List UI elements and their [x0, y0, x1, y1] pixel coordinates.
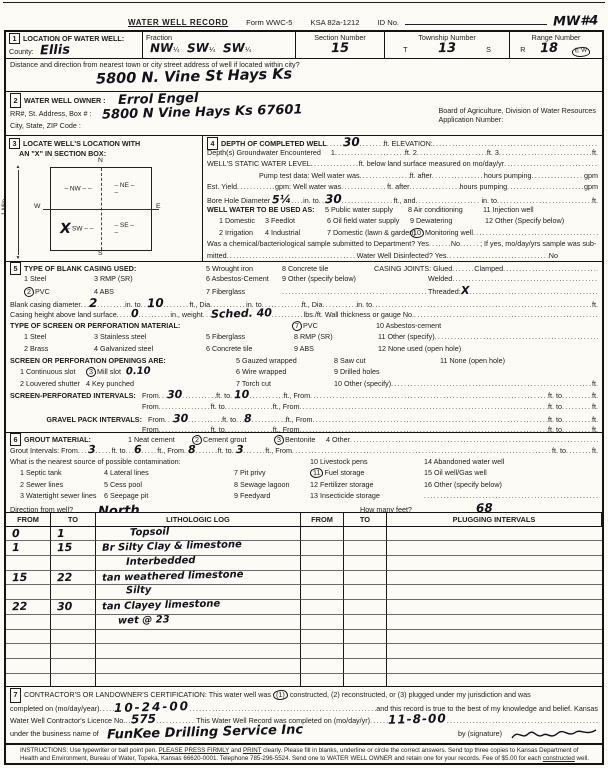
section1-number: 1 [9, 33, 20, 44]
opening-option-5: 5 Gauzed wrapped [236, 355, 334, 367]
grout-title: GROUT MATERIAL: [24, 435, 91, 444]
table-cell-litho [96, 630, 301, 645]
section3-4-row: 3LOCATE WELL'S LOCATION WITH AN "X" IN S… [6, 136, 602, 262]
distance-value: 5800 N. Vine St Hays Ks [96, 68, 292, 88]
quadrant-horizontal-line [43, 209, 159, 210]
table-cell-to [51, 556, 96, 571]
opening-option-1: 1 Continuous slot [20, 366, 86, 378]
id-value-handwritten: MW#4 [552, 14, 598, 28]
litho-from-value: 1 [12, 542, 20, 553]
section7-certification: 7 CONTRACTOR'S OR LANDOWNER'S CERTIFICAT… [6, 687, 602, 743]
use-option-7: 7 Domestic (lawn & garden) [327, 227, 410, 238]
signature-scribble [510, 727, 598, 742]
section6-number: 6 [10, 433, 21, 447]
unit-label: hours pumping [460, 181, 508, 192]
opening-option-3-circled: 3 [86, 367, 97, 378]
casing-option-1: 1 Steel [24, 273, 94, 285]
col-header-to: TO [51, 513, 96, 527]
table-cell-litho: Silty [96, 585, 301, 600]
use-option-8: 8 Air conditioning [408, 204, 483, 215]
litho-to-value: 30 [57, 601, 73, 612]
section3-title-line1: LOCATE WELL'S LOCATION WITH [23, 139, 140, 148]
use-option-3: 3 Feedlot [265, 215, 327, 226]
table-cell-litho: Br Silty Clay & limestone [96, 541, 301, 556]
opening-option-4: 4 Key punched [86, 378, 236, 390]
table-cell-from: 1 [6, 541, 51, 556]
instructions-press-firmly: PLEASE PRESS FIRMLY [159, 747, 230, 754]
record-date-value: 11-8-00 [388, 713, 447, 727]
use-option-10-circled: 10 [410, 227, 425, 238]
feet-value: 68 [476, 502, 493, 513]
table-cell-litho: Topsoil [96, 527, 301, 542]
static-level-label: WELL'S STATIC WATER LEVEL [207, 158, 311, 169]
table-cell-plugging [387, 674, 602, 688]
grout-interval-1-from: 3 [88, 444, 96, 455]
table-cell-plug-to [344, 600, 387, 615]
threaded-check: X [461, 285, 470, 296]
casing-option-9: 9 Other (specify below) [282, 273, 428, 285]
gravel-interval-from: 30 [173, 412, 189, 423]
opening-option-10: 10 Other (specify) [334, 378, 391, 390]
screen-option-7-label: PVC [303, 321, 318, 330]
gw-2: ft. 2 [405, 147, 417, 158]
well-location-x-mark: X [60, 221, 71, 235]
contam-option-7: 7 Pit privy [234, 467, 310, 479]
litho-to-value: 1 [57, 528, 65, 539]
fraction-q3: SW [223, 42, 245, 55]
id-label: ID No. [378, 18, 400, 27]
table-cell-plugging [387, 556, 602, 571]
form-title: WATER WELL RECORD [128, 18, 228, 27]
table-cell-to: 1 [51, 527, 96, 542]
licence-number-value: 575 [131, 713, 156, 726]
table-cell-from [6, 630, 51, 645]
contam-option-6: 6 Seepage pit [104, 490, 234, 502]
table-cell-plugging [387, 541, 602, 556]
instructions-text: INSTRUCTIONS: Use typewriter or ball poi… [20, 747, 159, 754]
table-cell-plugging [387, 527, 602, 542]
gravel-interval-to: 8 [244, 413, 252, 424]
table-cell-to: 22 [51, 571, 96, 586]
unit-label: ft. to [211, 424, 225, 432]
section3-title-line2: AN "X" IN SECTION BOX: [9, 149, 199, 158]
contam-option-14: 14 Abandoned water well [424, 456, 504, 468]
range-direction-circled: E W [572, 47, 591, 57]
opening-option-8: 8 Saw cut [334, 355, 440, 367]
form-body: 1LOCATION OF WATER WELL: County: Ellis F… [4, 30, 604, 765]
litho-from-value: 22 [12, 601, 28, 612]
unit-label: ft. to [548, 401, 562, 413]
county-value: Ellis [40, 44, 70, 58]
table-cell-plug-from [301, 615, 344, 630]
table-cell-to [51, 674, 96, 688]
table-cell-from [6, 644, 51, 659]
threaded-label: Threaded: [428, 286, 461, 298]
litho-description: tan Clayey limestone [102, 600, 220, 613]
owner-name-value: Errol Engel [117, 92, 198, 107]
table-cell-plug-from [301, 585, 344, 600]
mill-slot-size-value: 0.10 [126, 367, 151, 378]
table-cell-plug-from [301, 600, 344, 615]
litho-to-value: 15 [57, 542, 73, 553]
contam-option-15: 15 Oil well/Gas well [424, 467, 487, 479]
table-cell-litho: Interbedded [96, 556, 301, 571]
table-cell-plug-from [301, 571, 344, 586]
from-label: From [142, 401, 159, 413]
table-cell-from: 0 [6, 527, 51, 542]
use-option-9: 9 Dewatering [410, 215, 485, 226]
screen-option-10: 10 Asbestos-cement [376, 320, 441, 332]
compass-west: W [34, 203, 40, 210]
welded-label: Welded [428, 273, 452, 285]
litho-description: Interbedded [126, 556, 196, 568]
county-cell: 1LOCATION OF WATER WELL: County: Ellis [6, 32, 142, 58]
litho-from-value: 0 [12, 528, 20, 539]
by-signature-label: by (signature) [458, 726, 502, 741]
casing-diameter-value: 2 [89, 297, 98, 309]
table-cell-to: 30 [51, 600, 96, 615]
use-option-11: 11 Injection well [483, 204, 534, 215]
table-cell-plug-to [344, 630, 387, 645]
table-cell-to [51, 644, 96, 659]
one-mile-arrow [18, 170, 19, 255]
contam-option-11-circled: 11 [310, 468, 324, 479]
section7-number: 7 [10, 688, 21, 703]
litho-from-value: 15 [12, 572, 28, 583]
grout-interval-1-to: 6 [133, 444, 141, 455]
contam-option-4: 4 Lateral lines [104, 467, 234, 479]
form-number: Form WWC-5 [246, 18, 292, 27]
sample-question: Was a chemical/bacteriological sample su… [207, 238, 429, 249]
completed-on-label: completed on (mo/day/year) [10, 703, 100, 716]
casing-option-2-circled: 2 [24, 287, 35, 298]
pump-test-label: Pump test data: Well water was [259, 170, 360, 181]
litho-description: wet @ 23 [118, 615, 170, 626]
screen-interval-from: 30 [167, 389, 183, 400]
fraction-q2: SW [187, 42, 209, 55]
section-box-diagram: 1 Mile N S W E NW NE SW SE X [6, 158, 202, 261]
use-option-10-label: Monitoring well [425, 228, 473, 237]
table-cell-litho: wet @ 23 [96, 615, 301, 630]
unit-label: ft. to [552, 445, 566, 457]
county-label: County: [9, 47, 34, 56]
table-cell-plug-to [344, 527, 387, 542]
bore-diameter-value: 5¼ [272, 193, 291, 204]
screen-option-2: 2 Brass [24, 343, 94, 355]
lithologic-table: FROM TO LITHOLOGIC LOG FROM TO PLUGGING … [6, 513, 602, 688]
table-cell-plug-from [301, 556, 344, 571]
from-label: From [142, 424, 159, 432]
opening-option-7: 7 Torch cut [236, 378, 334, 390]
screen-intervals-label: SCREEN-PERFORATED INTERVALS: [10, 390, 142, 402]
section1-title: LOCATION OF WATER WELL: [23, 34, 124, 43]
table-cell-to [51, 585, 96, 600]
opening-option-11: 11 None (open hole) [440, 355, 505, 367]
screen-option-8: 8 RMP (SR) [294, 331, 378, 343]
table-cell-to [51, 615, 96, 630]
table-cell-from: 15 [6, 571, 51, 586]
contam-option-12: 12 Fertilizer storage [310, 479, 424, 491]
table-cell-to [51, 630, 96, 645]
litho-description: Silty [126, 586, 152, 597]
distance-row: Distance and direction from nearest town… [6, 59, 602, 91]
screen-option-1: 1 Steel [24, 331, 94, 343]
agency-block: Board of Agriculture, Division of Water … [438, 106, 596, 124]
how-many-feet-label: How many feet? [360, 504, 448, 513]
table-cell-plugging [387, 585, 602, 600]
quarter-glyph: ¼ [245, 45, 251, 54]
casing-depth-value: 10 [147, 296, 164, 308]
contam-option-16: 16 Other (specify below) [424, 479, 502, 491]
section6-grout: 6GROUT MATERIAL: 1 Neat cement 2Cement g… [6, 433, 602, 513]
col-header-to2: TO [344, 513, 387, 527]
section1-location-row: 1LOCATION OF WATER WELL: County: Ellis F… [6, 32, 602, 59]
table-cell-from [6, 585, 51, 600]
section5-number: 5 [10, 262, 21, 276]
unit-label: ft., From [273, 424, 300, 432]
screen-option-11: 11 Other (specify) [378, 331, 435, 343]
table-cell-plug-to [344, 615, 387, 630]
casing-option-3: 3 RMP (SR) [94, 273, 206, 285]
quadrant-nw: NW [63, 185, 92, 192]
top-rule [3, 2, 605, 3]
quadrant-ne: NE [114, 182, 139, 196]
instructions-print: PRINT [243, 747, 261, 754]
one-mile-label: 1 Mile [2, 199, 8, 215]
table-cell-plug-to [344, 541, 387, 556]
table-cell-litho [96, 644, 301, 659]
fraction-q1: NW [150, 42, 174, 55]
no-label: No [549, 250, 558, 261]
unit-label: ft. [592, 445, 598, 457]
table-cell-plug-from [301, 644, 344, 659]
opening-option-9: 9 Drilled holes [334, 366, 380, 378]
constructed-option-circled: (1) [273, 690, 288, 701]
contam-option-11-label: Fuel storage [324, 468, 364, 477]
table-cell-plug-to [344, 585, 387, 600]
screen-option-4: 4 Galvanized steel [94, 343, 206, 355]
casing-weight-value: Sched. 40 [211, 307, 272, 320]
table-cell-plug-from [301, 527, 344, 542]
contam-option-3: 3 Watertight sewer lines [20, 490, 104, 502]
screen-option-7-circled: 7 [292, 321, 303, 332]
table-cell-from [6, 674, 51, 688]
section-box: NW NE SW SE [50, 167, 152, 251]
table-cell-plug-to [344, 644, 387, 659]
yield-mid-label: gpm: Well water was [275, 181, 341, 192]
unit-label: gpm [584, 181, 598, 192]
section5-casing: 5TYPE OF BLANK CASING USED: 5 Wrought ir… [6, 262, 602, 433]
section3-location-diagram: 3LOCATE WELL'S LOCATION WITH AN "X" IN S… [6, 136, 203, 261]
instructions-text: well. [575, 755, 589, 762]
table-cell-plug-to [344, 556, 387, 571]
litho-description: Topsoil [130, 527, 169, 538]
owner-title: WATER WELL OWNER : [24, 96, 106, 105]
quadrant-se: SE [114, 222, 139, 236]
unit-label: ft. to [211, 401, 225, 413]
township-cell: Township Number T 13 S [384, 32, 509, 58]
contam-option-5: 5 Cess pool [104, 479, 234, 491]
distance-label: Distance and direction from nearest town… [10, 60, 598, 69]
id-blank-line [405, 15, 547, 25]
section3-number: 3 [9, 138, 20, 149]
address-label: RR#, St. Address, Box # : [10, 109, 92, 118]
bore-depth-value: 30 [325, 192, 342, 204]
use-option-2: 2 Irrigation [219, 227, 265, 238]
screen-option-6: 6 Concrete tile [206, 343, 294, 355]
contam-option-10: 10 Livestock pens [310, 456, 424, 468]
city-state-zip-label: City, State, ZIP Code : [10, 121, 81, 130]
unit-label: ft. [592, 195, 598, 206]
unit-label: ft. after [387, 181, 409, 192]
statute-label: KSA 82a-1212 [311, 18, 360, 27]
casing-title: TYPE OF BLANK CASING USED: [24, 264, 136, 273]
grout-option-4: 4 Other [326, 434, 350, 446]
table-cell-plug-to [344, 674, 387, 688]
table-cell-plug-from [301, 674, 344, 688]
unit-label: hours pumping [484, 170, 532, 181]
instructions-constructed: constructed [543, 755, 575, 762]
form-header: WATER WELL RECORD Form WWC-5 KSA 82a-121… [0, 15, 608, 28]
screen-material-title: TYPE OF SCREEN OR PERFORATION MATERIAL: [10, 320, 292, 332]
use-option-4: 4 Industrial [265, 227, 327, 238]
table-cell-plug-from [301, 541, 344, 556]
opening-option-6: 6 Wire wrapped [236, 366, 334, 378]
screen-option-9: 9 ABS [294, 343, 378, 355]
gravel-pack-label: GRAVEL PACK INTERVALS: [10, 414, 148, 426]
litho-description: tan weathered limestone [102, 570, 244, 584]
application-number-label: Application Number: [438, 115, 596, 124]
table-cell-litho [96, 659, 301, 674]
business-name-value: FunKee Drilling Service Inc [107, 723, 303, 741]
agency-label: Board of Agriculture, Division of Water … [438, 106, 596, 115]
quarter-glyph: ¼ [209, 45, 215, 54]
litho-description: Br Silty Clay & limestone [102, 541, 242, 555]
use-option-12: 12 Other (Specify below) [485, 215, 564, 226]
table-cell-plug-from [301, 630, 344, 645]
section-number-value: 15 [331, 42, 349, 55]
quarter-glyph: ¼ [173, 45, 179, 54]
table-cell-to [51, 659, 96, 674]
table-cell-plugging [387, 644, 602, 659]
township-t: T [403, 45, 407, 54]
casing-option-7: 7 Fiberglass [206, 286, 282, 298]
range-value: 18 [540, 42, 558, 55]
unit-label: gpm [584, 170, 598, 181]
table-cell-plug-from [301, 659, 344, 674]
fraction-cell: Fraction NW¼ SW¼ SW¼ [142, 32, 295, 58]
use-option-6: 6 Oil field water supply [327, 215, 410, 226]
table-cell-plugging [387, 659, 602, 674]
screen-option-5: 5 Fiberglass [206, 331, 294, 343]
business-name-label: under the business name of [10, 726, 99, 741]
section2-owner: 2WATER WELL OWNER : Errol Engel RR#, St.… [6, 92, 602, 136]
casing-option-6: 6 Asbestos-Cement [206, 273, 282, 285]
screen-interval-to: 10 [234, 389, 250, 400]
contam-option-8: 8 Sewage lagoon [234, 479, 310, 491]
water-well-record-form: WATER WELL RECORD Form WWC-5 KSA 82a-121… [0, 0, 608, 768]
gw-3: ft. 3 [487, 147, 499, 158]
opening-option-3-label: Mill slot [97, 367, 121, 376]
static-level-suffix: ft. below land surface measured on mo/da… [359, 158, 504, 169]
range-cell: Range Number R 18 E W [509, 32, 602, 58]
no-label: No [451, 238, 460, 249]
table-cell-litho: tan Clayey limestone [96, 600, 301, 615]
township-value: 13 [438, 42, 456, 55]
depth-value: 30 [343, 136, 360, 148]
table-cell-from: 22 [6, 600, 51, 615]
certification-text-2: constructed, (2) reconstructed, or (3) p… [290, 689, 531, 702]
litho-to-value: 22 [57, 572, 73, 583]
opening-option-2: 2 Louvered shutter [20, 378, 86, 390]
compass-south: S [98, 250, 103, 257]
direction-from-well-label: Direction from well? [10, 504, 98, 513]
contam-option-1: 1 Septic tank [20, 467, 104, 479]
screen-option-12: 12 None used (open hole) [378, 343, 461, 355]
casing-height-value: 0 [131, 308, 139, 319]
sample-question-cont: ; If yes, mo/day/yrs sample was sub- [480, 238, 596, 249]
use-label: WELL WATER TO BE USED AS: [207, 204, 325, 215]
unit-label: ft. [592, 378, 598, 390]
instructions-block: INSTRUCTIONS: Use typewriter or ball poi… [6, 743, 602, 763]
openings-title: SCREEN OR PERFORATION OPENINGS ARE: [10, 355, 236, 367]
col-header-from: FROM [6, 513, 51, 527]
table-cell-plugging [387, 571, 602, 586]
range-r: R [520, 45, 525, 54]
grout-interval-2-from: 8 [188, 444, 196, 455]
township-s: S [486, 45, 491, 54]
table-cell-plugging [387, 615, 602, 630]
table-cell-plugging [387, 600, 602, 615]
grout-interval-2-to: 3 [235, 444, 243, 455]
use-option-1: 1 Domestic [219, 215, 265, 226]
unit-label: ft. to [548, 424, 562, 432]
contam-option-2: 2 Sewer lines [20, 479, 104, 491]
groundwater-label: Depth(s) Groundwater Encountered [207, 147, 321, 158]
mitted-label: mitted [207, 250, 227, 261]
table-cell-plug-to [344, 659, 387, 674]
compass-north: N [98, 157, 103, 164]
table-cell-plug-to [344, 571, 387, 586]
screen-option-3: 3 Stainless steel [94, 331, 206, 343]
table-grid: FROM TO LITHOLOGIC LOG FROM TO PLUGGING … [6, 513, 602, 688]
table-cell-plugging [387, 630, 602, 645]
section4-well-data: 4 DEPTH OF COMPLETED WELL 30 ft. ELEVATI… [203, 136, 602, 261]
contamination-question: What is the nearest source of possible c… [10, 456, 310, 468]
table-cell-litho [96, 674, 301, 688]
unit-label: ft. [592, 147, 598, 158]
yield-label: Est. Yield [207, 181, 237, 192]
grout-option-3-circled: 3 [274, 434, 285, 445]
table-cell-from [6, 615, 51, 630]
instructions-text: and [229, 747, 243, 754]
disinfected-label: Water Well Disinfected? Yes [357, 250, 447, 261]
unit-label: ft. after [410, 170, 432, 181]
col-header-litho: LITHOLOGIC LOG [96, 513, 301, 527]
grout-option-3-label: Bentonite [285, 435, 315, 444]
col-header-from2: FROM [301, 513, 344, 527]
unit-label: ft. [592, 401, 598, 413]
section-number-cell: Section Number 15 [295, 32, 384, 58]
table-cell-litho: tan weathered limestone [96, 571, 301, 586]
unit-label: ft. [592, 424, 598, 432]
unit-label: ft., From [273, 401, 300, 413]
casing-option-2-label: PVC [35, 287, 50, 296]
table-cell-from [6, 556, 51, 571]
table-cell-from [6, 659, 51, 674]
table-cell-to: 15 [51, 541, 96, 556]
col-header-plugging: PLUGGING INTERVALS [387, 513, 602, 527]
